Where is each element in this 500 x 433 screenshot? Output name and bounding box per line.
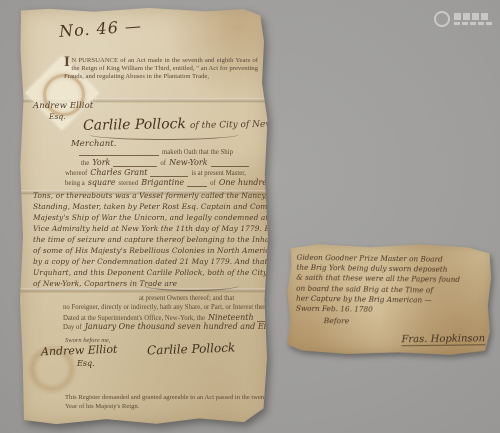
line-end-flourish	[144, 280, 239, 291]
watermark-subtext-row	[454, 22, 492, 25]
tonnage: One hundred and fifty	[219, 178, 308, 187]
foreigner-clause-line: no Foreigner, directly or indirectly, ha…	[63, 304, 275, 311]
watermark-logo-icon	[434, 11, 450, 27]
deposition-line: Standing, Master, taken by Peter Rost Es…	[33, 202, 322, 211]
blank-rule	[211, 160, 249, 167]
ship-name: York	[92, 158, 110, 167]
dated-day: Nineteenth	[208, 313, 254, 322]
watermark-glyph	[454, 13, 461, 20]
deponent-occupation: Merchant.	[71, 139, 117, 149]
margin-official-name: Andrew Elliot	[33, 101, 93, 111]
day-of-label: Day of	[63, 324, 82, 331]
fold-crease	[19, 288, 269, 293]
hopkinson-signature: Fras. Hopkinson	[402, 333, 486, 346]
master-name: Charles Grant	[90, 168, 147, 177]
blank-rule	[257, 315, 279, 322]
watermark-glyph	[463, 13, 470, 20]
note-before-label: Before	[324, 316, 486, 328]
deposition-line: Majesty's Ship of War the Unicorn, and l…	[33, 213, 310, 222]
owners-clause-line: at present Owners thereof; and that	[139, 295, 234, 302]
being-a-label: being a	[65, 180, 85, 187]
watermark-glyph-row	[454, 13, 492, 20]
blank-rule	[150, 170, 188, 177]
note-paper: Gideon Goodner Prize Master on Board the…	[285, 242, 493, 357]
deponent-signature: Carlile Pollock	[147, 340, 236, 357]
deposition-line: Urquhart, and this Deponent Carlile Poll…	[33, 268, 267, 277]
dated-clause: Dated at the Superintendent's Office, Ne…	[63, 315, 205, 322]
deposition-line: by a copy of her Condemnation dated 21 M…	[33, 257, 299, 266]
home-port: New-York	[169, 158, 207, 167]
official-signature-title: Esq.	[77, 359, 95, 368]
blank-rule	[113, 160, 157, 167]
watermark-glyph	[454, 22, 460, 25]
footer-line-2: Year of his Majesty's Reign.	[65, 403, 139, 410]
watermark-text-blocks	[454, 13, 492, 25]
deposition-line: of some of His Majesty's Rebellious Colo…	[33, 246, 320, 255]
watermark	[434, 11, 492, 27]
stern-type: square	[88, 178, 116, 187]
sterned-label: sterned	[119, 180, 139, 187]
master-line: whereof Charles Grant is at present Mast…	[65, 168, 246, 177]
footer-text-2: Year of his Majesty's Reign.	[65, 403, 139, 410]
prize-master-note: Gideon Goodner Prize Master on Board the…	[285, 242, 493, 357]
watermark-glyph	[481, 13, 488, 20]
deposition-line: Tons, or thereabouts was a Vessel former…	[33, 191, 328, 200]
footer-line-1: This Register demanded and granted agree…	[65, 394, 276, 401]
dated-line: Dated at the Superintendent's Office, Ne…	[63, 313, 279, 322]
official-signature: Andrew Elliot	[41, 343, 118, 359]
master-clause: is at present Master,	[191, 170, 245, 177]
watermark-glyph	[486, 22, 492, 25]
of-label: of	[160, 160, 166, 167]
deposition-line: Vice Admiralty held at New York the 11th…	[33, 224, 297, 233]
blank-rule	[79, 149, 159, 156]
the-label: the	[81, 160, 89, 167]
note-text-block: Gideon Goodner Prize Master on Board the…	[296, 253, 487, 329]
watermark-glyph	[478, 22, 484, 25]
watermark-glyph	[462, 22, 468, 25]
margin-official-title: Esq.	[49, 112, 66, 121]
owners-clause: at present Owners thereof; and that	[139, 295, 234, 302]
register-number: No. 46 —	[58, 16, 142, 41]
dated-rest: January One thousand seven hundred and E…	[85, 322, 302, 331]
foreigner-clause: no Foreigner, directly or indirectly, ha…	[63, 304, 275, 311]
watermark-glyph	[472, 13, 479, 20]
footer-text-1: This Register demanded and granted agree…	[65, 394, 276, 401]
blank-rule	[187, 180, 207, 187]
printed-preamble: IN PURSUANCE of an Act made in the seven…	[64, 57, 258, 82]
oath-intro-printed: maketh Oath that the Ship	[162, 149, 233, 156]
rig-tonnage-line: being a square sterned Brigantine of One…	[65, 178, 308, 187]
note-sworn-date: Sworn Feb. 16. 1780	[296, 304, 486, 317]
rig-type: Brigantine	[141, 178, 184, 187]
ship-name-line: the York of New-York	[81, 158, 249, 167]
deposition-line: the time of seizure and capture thereof …	[33, 235, 296, 244]
register-paper: No. 46 — IN PURSUANCE of an Act made in …	[19, 8, 269, 425]
of2-label: of	[210, 180, 216, 187]
ship-register-document: No. 46 — IN PURSUANCE of an Act made in …	[19, 8, 269, 425]
whereof-label: whereof	[65, 170, 87, 177]
oath-intro-line: maketh Oath that the Ship	[79, 149, 233, 156]
date-line: Day of January One thousand seven hundre…	[63, 322, 301, 331]
watermark-glyph	[470, 22, 476, 25]
